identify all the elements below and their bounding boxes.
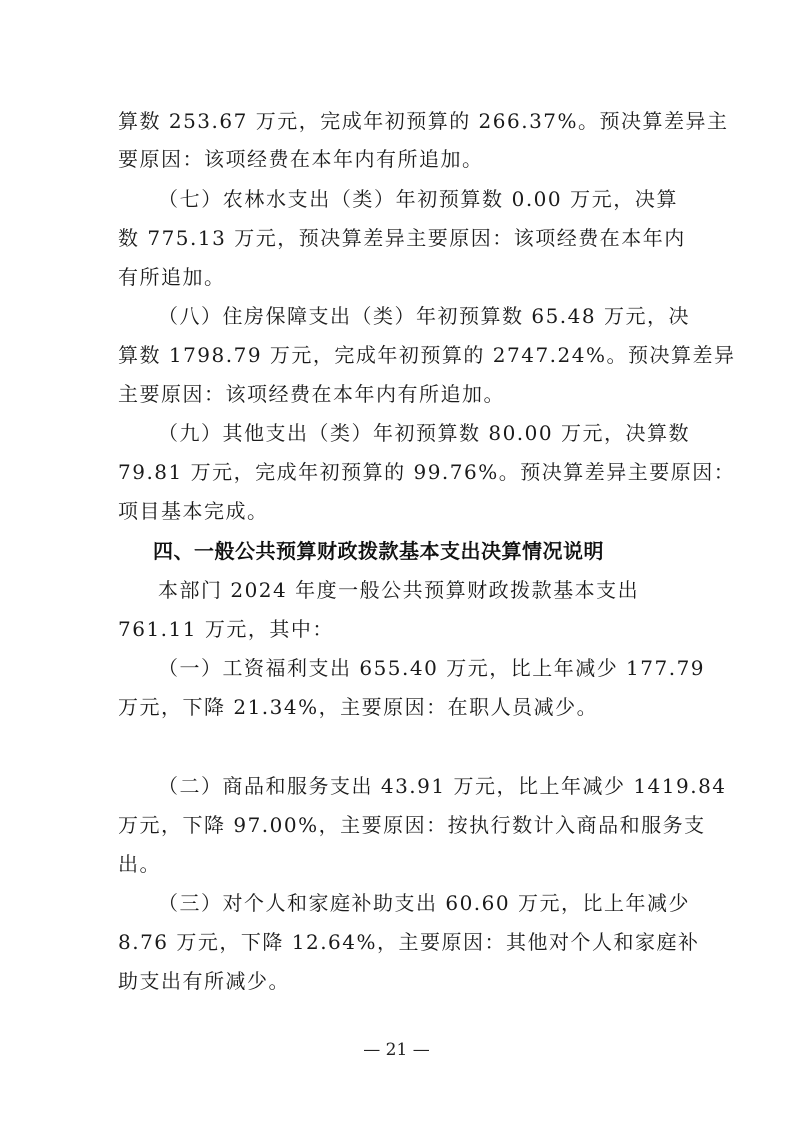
paragraph-line: （九）其他支出（类）年初预算数 80.00 万元，决算数	[158, 419, 678, 447]
paragraph-line: 数 775.13 万元，预决算差异主要原因：该项经费在本年内	[118, 224, 678, 252]
paragraph-line: 万元，下降 97.00%，主要原因：按执行数计入商品和服务支	[118, 811, 678, 839]
section-heading: 四、一般公共预算财政拨款基本支出决算情况说明	[153, 537, 604, 565]
paragraph-line: 出。	[118, 850, 678, 878]
paragraph-line: 项目基本完成。	[118, 497, 678, 525]
paragraph-line: 要原因：该项经费在本年内有所追加。	[118, 145, 678, 173]
paragraph-line: 助支出有所减少。	[118, 967, 678, 995]
paragraph-line: 8.76 万元，下降 12.64%，主要原因：其他对个人和家庭补	[118, 928, 678, 956]
paragraph-line: 有所追加。	[118, 263, 678, 291]
paragraph-line: （七）农林水支出（类）年初预算数 0.00 万元，决算	[158, 185, 678, 213]
paragraph-line: （三）对个人和家庭补助支出 60.60 万元，比上年减少	[158, 889, 678, 917]
paragraph-line: （八）住房保障支出（类）年初预算数 65.48 万元，决	[158, 302, 678, 330]
paragraph-line: 算数 1798.79 万元，完成年初预算的 2747.24%。预决算差异	[118, 341, 678, 369]
paragraph-line: （一）工资福利支出 655.40 万元，比上年减少 177.79	[158, 654, 678, 682]
page-number: — 21 —	[0, 1040, 793, 1060]
document-page: 算数 253.67 万元，完成年初预算的 266.37%。预决算差异主 要原因：…	[0, 0, 793, 1122]
paragraph-line: 主要原因：该项经费在本年内有所追加。	[118, 380, 678, 408]
paragraph-line: 算数 253.67 万元，完成年初预算的 266.37%。预决算差异主	[118, 107, 678, 135]
paragraph-line: 761.11 万元，其中：	[118, 615, 678, 643]
paragraph-line: 本部门 2024 年度一般公共预算财政拨款基本支出	[158, 576, 678, 604]
paragraph-line: 79.81 万元，完成年初预算的 99.76%。预决算差异主要原因：	[118, 458, 678, 486]
paragraph-line: 万元，下降 21.34%，主要原因：在职人员减少。	[118, 693, 678, 721]
paragraph-line: （二）商品和服务支出 43.91 万元，比上年减少 1419.84	[158, 772, 678, 800]
